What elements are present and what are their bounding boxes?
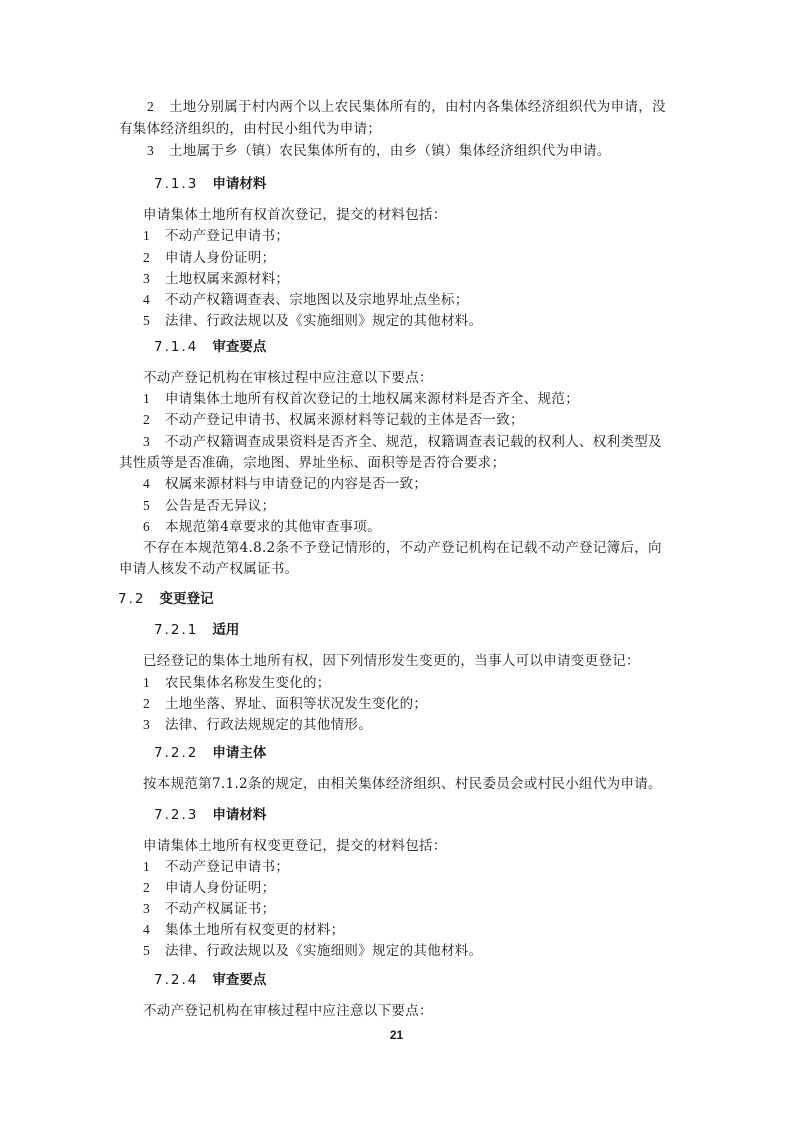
list-item: 4集体土地所有权变更的材料；	[143, 920, 344, 940]
section-heading-7-2-3: 7.2.3申请材料	[154, 805, 266, 825]
item-text: 申请人身份证明；	[165, 880, 275, 896]
list-item: 3土地属于乡（镇）农民集体所有的，由乡（镇）集体经济组织代为申请。	[147, 141, 611, 161]
list-item: 4权属来源材料与申请登记的内容是否一致；	[143, 474, 427, 494]
item-text: 农民集体名称发生变化的；	[165, 675, 331, 691]
item-text: 不动产登记申请书；	[165, 859, 289, 875]
section-number: 7.1.4	[154, 337, 198, 357]
item-text: 公告是否无异议；	[165, 498, 275, 514]
section-number: 7.2.1	[154, 620, 198, 640]
list-item: 6本规范第4章要求的其他审查事项。	[143, 517, 381, 537]
item-number: 1	[143, 673, 165, 693]
item-text: 土地坐落、界址、面积等状况发生变化的；	[165, 696, 427, 712]
section-title: 申请材料	[212, 176, 266, 192]
item-text: 申请人身份证明；	[165, 250, 275, 266]
list-item: 2申请人身份证明；	[143, 878, 275, 898]
section-heading-7-2-4: 7.2.4审查要点	[154, 970, 266, 990]
item-text: 申请集体土地所有权首次登记的土地权属来源材料是否齐全、规范；	[165, 391, 579, 407]
list-item: 2土地分别属于村内两个以上农民集体所有的，由村内各集体经济组织代为申请，没	[147, 97, 666, 117]
item-number: 3	[143, 432, 165, 452]
item-number: 3	[143, 899, 165, 919]
item-number: 3	[147, 141, 169, 161]
list-item: 3不动产权籍调查成果资料是否齐全、规范，权籍调查表记载的权利人、权利类型及	[143, 432, 662, 452]
paragraph: 不动产登记机构在审核过程中应注意以下要点：	[143, 368, 433, 388]
section-title: 变更登记	[159, 591, 213, 607]
item-text: 不动产权属证书；	[165, 901, 275, 917]
paragraph: 不动产登记机构在审核过程中应注意以下要点：	[143, 1001, 433, 1021]
list-item: 5法律、行政法规以及《实施细则》规定的其他材料。	[143, 311, 482, 331]
item-number: 2	[143, 694, 165, 714]
item-number: 1	[143, 226, 165, 246]
item-number: 1	[143, 389, 165, 409]
section-heading-7-2-2: 7.2.2申请主体	[154, 743, 266, 763]
item-number: 3	[143, 715, 165, 735]
list-item: 2不动产登记申请书、权属来源材料等记载的主体是否一致；	[143, 410, 524, 430]
list-item: 1不动产登记申请书；	[143, 857, 289, 877]
section-title: 审查要点	[212, 972, 266, 988]
page-number: 21	[0, 1028, 793, 1042]
list-item: 2土地坐落、界址、面积等状况发生变化的；	[143, 694, 427, 714]
item-text: 土地分别属于村内两个以上农民集体所有的，由村内各集体经济组织代为申请，没	[169, 99, 666, 115]
item-number: 5	[143, 496, 165, 516]
section-number: 7.2.3	[154, 805, 198, 825]
item-text: 不动产权籍调查表、宗地图以及宗地界址点坐标；	[165, 292, 469, 308]
item-number: 5	[143, 941, 165, 961]
item-text: 权属来源材料与申请登记的内容是否一致；	[165, 476, 427, 492]
item-text: 法律、行政法规规定的其他情形。	[165, 717, 372, 733]
section-number: 7.2	[118, 589, 145, 609]
item-text: 不动产登记申请书、权属来源材料等记载的主体是否一致；	[165, 412, 524, 428]
list-item: 5公告是否无异议；	[143, 496, 275, 516]
section-title: 申请主体	[212, 745, 266, 761]
list-item: 1申请集体土地所有权首次登记的土地权属来源材料是否齐全、规范；	[143, 389, 579, 409]
section-title: 适用	[212, 622, 239, 638]
item-number: 1	[143, 857, 165, 877]
item-number: 2	[143, 248, 165, 268]
list-item: 2申请人身份证明；	[143, 248, 275, 268]
list-item: 3不动产权属证书；	[143, 899, 275, 919]
paragraph: 已经登记的集体土地所有权，因下列情形发生变更的，当事人可以申请变更登记：	[143, 651, 640, 671]
item-number: 2	[143, 878, 165, 898]
section-title: 审查要点	[212, 339, 266, 355]
section-heading-7-1-3: 7.1.3申请材料	[154, 174, 266, 194]
item-number: 3	[143, 269, 165, 289]
item-number: 4	[143, 920, 165, 940]
section-number: 7.2.2	[154, 743, 198, 763]
list-item: 4不动产权籍调查表、宗地图以及宗地界址点坐标；	[143, 290, 469, 310]
item-text: 土地权属来源材料；	[165, 271, 289, 287]
list-item: 3土地权属来源材料；	[143, 269, 289, 289]
item-text: 法律、行政法规以及《实施细则》规定的其他材料。	[165, 313, 482, 329]
continuation-line: 其性质等是否准确，宗地图、界址坐标、面积等是否符合要求；	[119, 453, 505, 473]
item-number: 2	[147, 97, 169, 117]
paragraph: 不存在本规范第4.8.2条不予登记情形的，不动产登记机构在记载不动产登记簿后，向	[143, 538, 662, 558]
section-heading-7-2: 7.2变更登记	[118, 589, 213, 609]
item-text: 集体土地所有权变更的材料；	[165, 922, 344, 938]
paragraph: 申请集体土地所有权变更登记，提交的材料包括：	[143, 836, 447, 856]
item-text: 不动产权籍调查成果资料是否齐全、规范，权籍调查表记载的权利人、权利类型及	[165, 434, 662, 450]
item-number: 5	[143, 311, 165, 331]
item-text: 法律、行政法规以及《实施细则》规定的其他材料。	[165, 943, 482, 959]
continuation-line: 有集体经济组织的，由村民小组代为申请；	[119, 119, 381, 139]
list-item: 5法律、行政法规以及《实施细则》规定的其他材料。	[143, 941, 482, 961]
list-item: 3法律、行政法规规定的其他情形。	[143, 715, 372, 735]
item-text: 本规范第4章要求的其他审查事项。	[165, 519, 381, 535]
item-number: 6	[143, 517, 165, 537]
document-page: 2土地分别属于村内两个以上农民集体所有的，由村内各集体经济组织代为申请，没 有集…	[0, 0, 793, 1122]
section-number: 7.1.3	[154, 174, 198, 194]
section-heading-7-1-4: 7.1.4审查要点	[154, 337, 266, 357]
item-number: 4	[143, 474, 165, 494]
section-title: 申请材料	[212, 807, 266, 823]
continuation-line: 申请人核发不动产权属证书。	[119, 559, 298, 579]
list-item: 1不动产登记申请书；	[143, 226, 289, 246]
section-heading-7-2-1: 7.2.1适用	[154, 620, 239, 640]
item-text: 土地属于乡（镇）农民集体所有的，由乡（镇）集体经济组织代为申请。	[169, 143, 611, 159]
item-text: 不动产登记申请书；	[165, 228, 289, 244]
item-number: 4	[143, 290, 165, 310]
paragraph: 按本规范第7.1.2条的规定，由相关集体经济组织、村民委员会或村民小组代为申请。	[143, 774, 662, 794]
item-number: 2	[143, 410, 165, 430]
paragraph: 申请集体土地所有权首次登记，提交的材料包括：	[143, 205, 447, 225]
list-item: 1农民集体名称发生变化的；	[143, 673, 331, 693]
section-number: 7.2.4	[154, 970, 198, 990]
